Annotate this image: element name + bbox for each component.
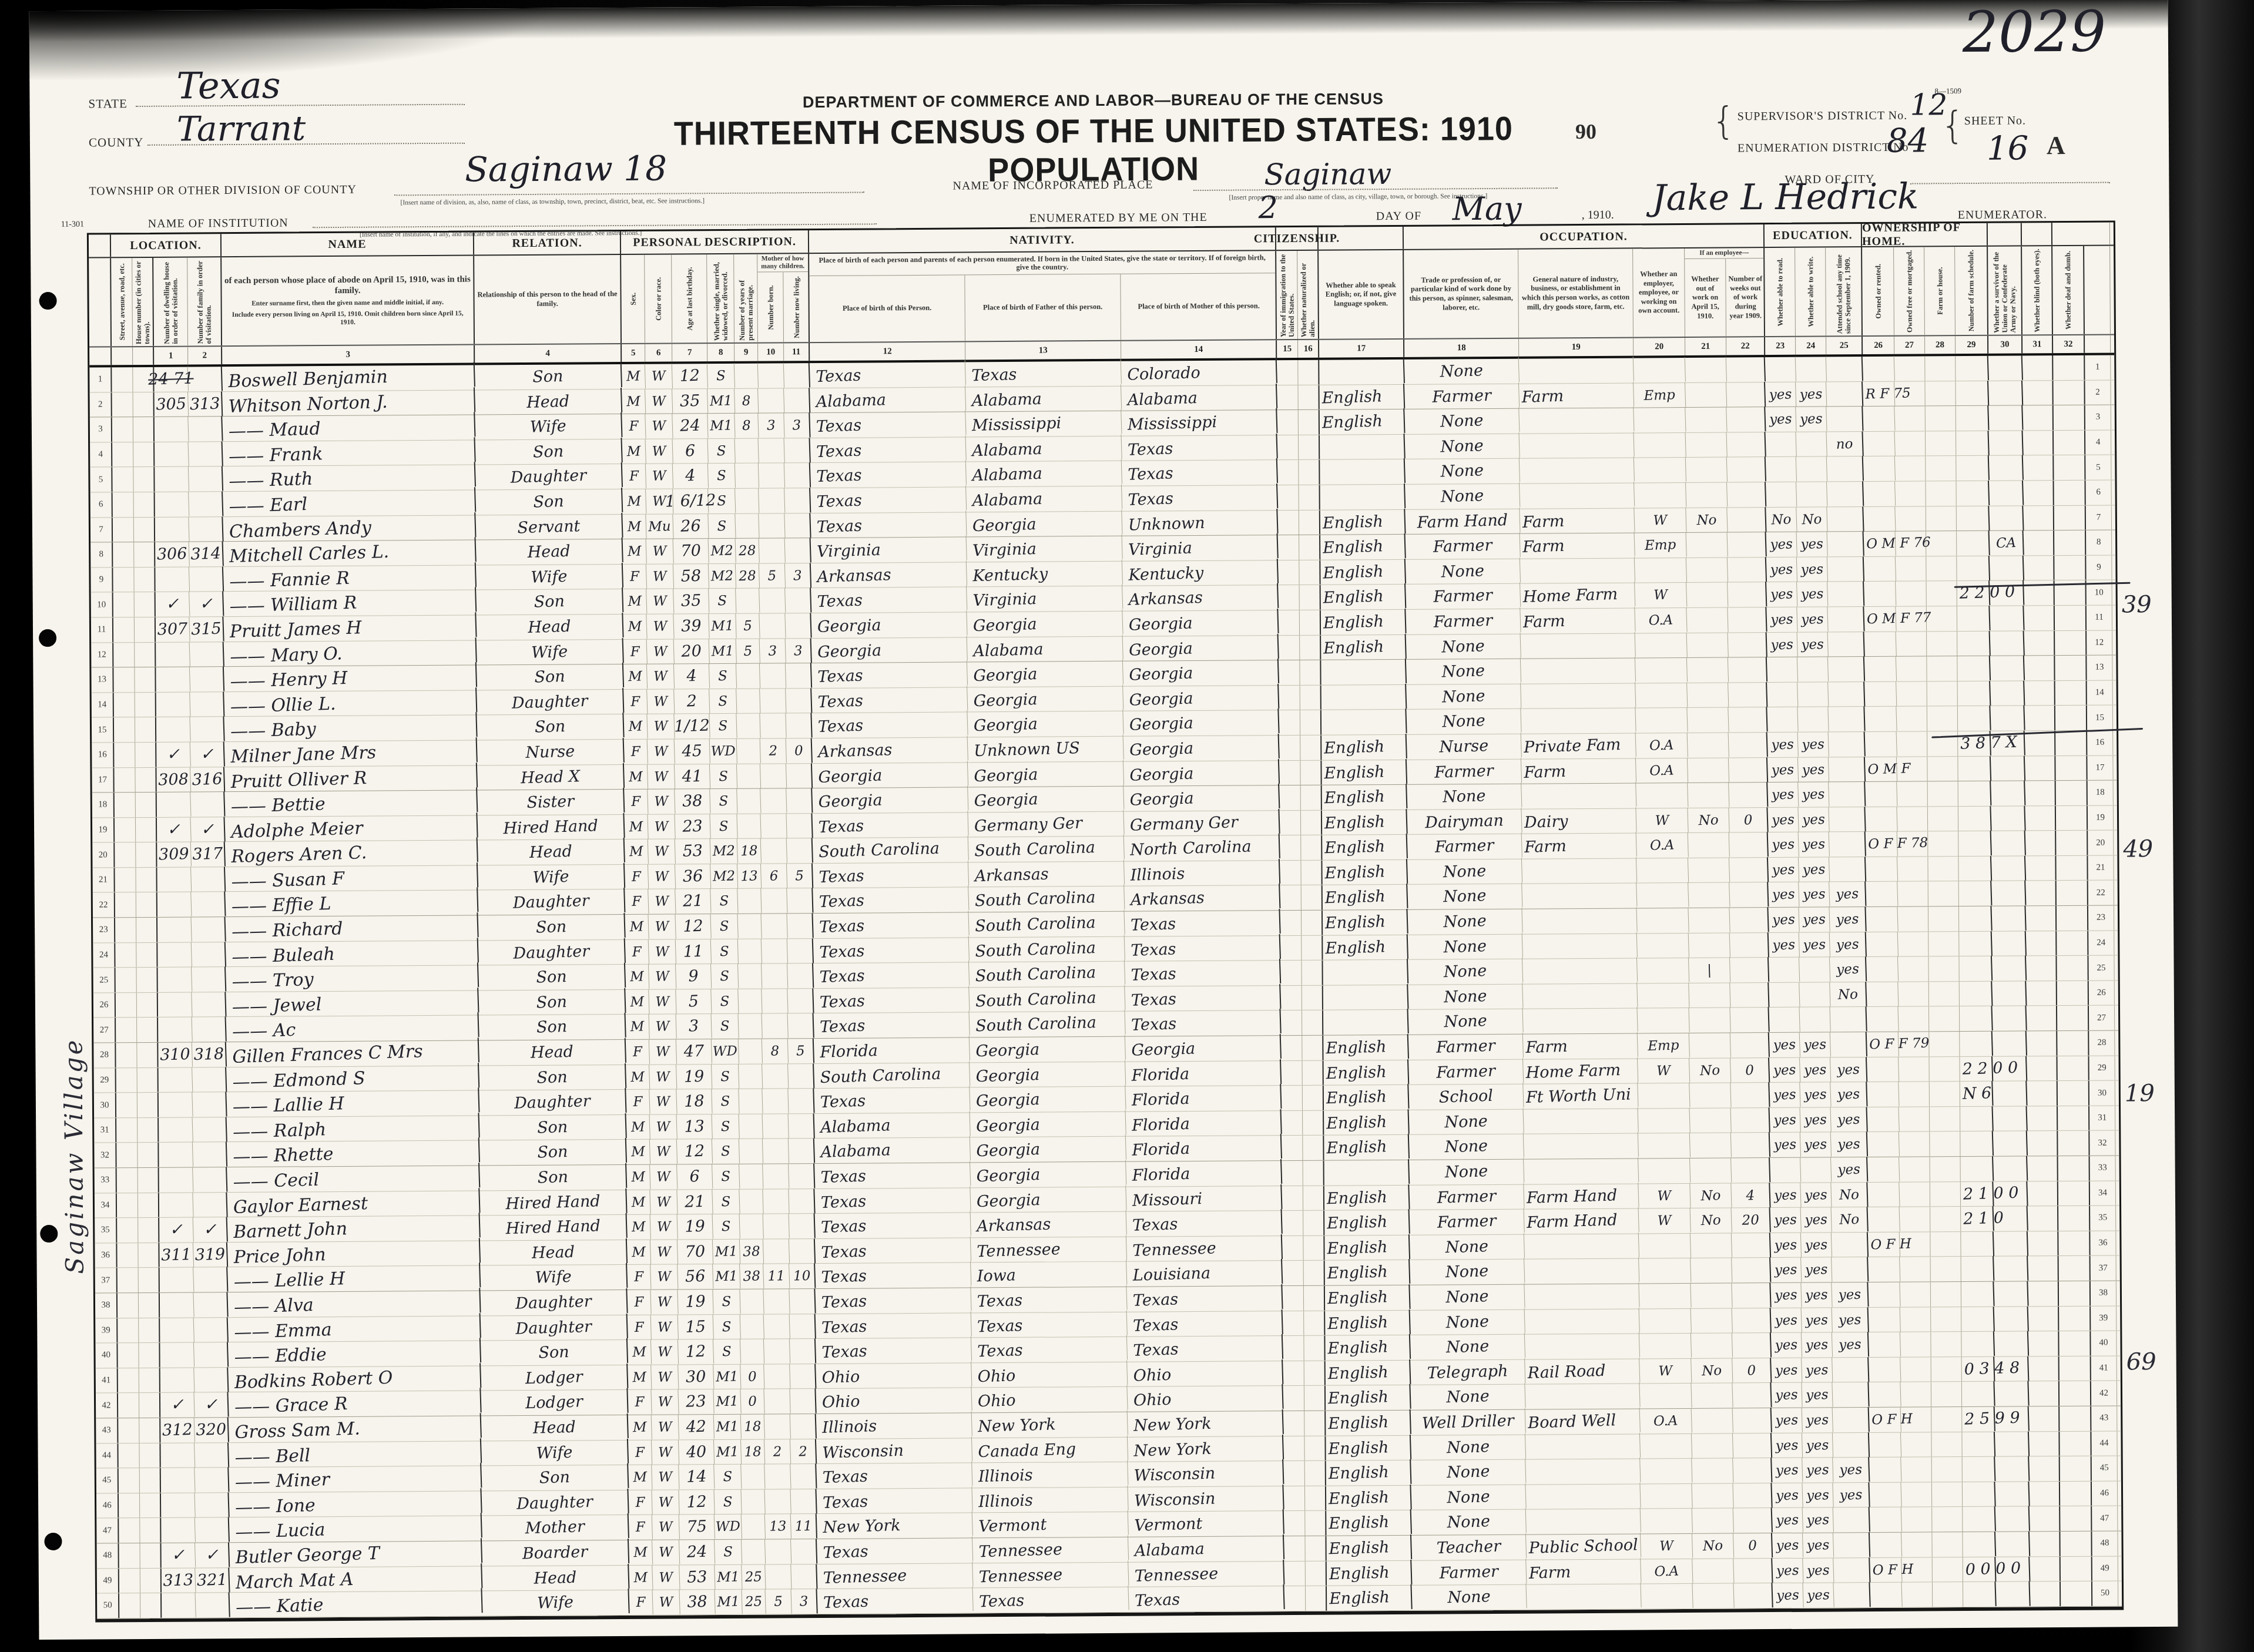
cell-ec bbox=[1635, 558, 1687, 583]
cell-cl: 11 bbox=[791, 1514, 817, 1539]
cell-fmg bbox=[1900, 1207, 1930, 1232]
cell-b3: Ohio bbox=[1127, 1384, 1283, 1413]
cell-fm bbox=[190, 717, 224, 742]
cell-ind: Rail Road bbox=[1525, 1358, 1640, 1386]
cell-st2 bbox=[119, 1493, 140, 1518]
cell-wr: yes bbox=[1797, 607, 1828, 632]
cell-cr: W bbox=[646, 564, 674, 589]
cell-oc: None bbox=[1408, 983, 1523, 1011]
cell-ow bbox=[1692, 1458, 1733, 1484]
cell-ec bbox=[1635, 707, 1688, 733]
cell-b3: Florida bbox=[1126, 1159, 1282, 1188]
cell-cr: W bbox=[649, 1065, 677, 1090]
cell-oc: None bbox=[1407, 908, 1522, 936]
cell-ec bbox=[1636, 908, 1689, 934]
cell-b1: Florida bbox=[814, 1036, 970, 1065]
cell-b3: Texas bbox=[1125, 1009, 1282, 1038]
cell-ind bbox=[1521, 782, 1636, 810]
cell-fsn: 2 1 0 bbox=[1961, 1206, 1994, 1231]
cell-own bbox=[1869, 1482, 1901, 1507]
cell-ec: W bbox=[1641, 1533, 1693, 1559]
cell-rln: 36 bbox=[2090, 1231, 2116, 1255]
cell-sc bbox=[1828, 632, 1865, 657]
cell-sv bbox=[1991, 881, 2026, 906]
enumerated-day: 2 bbox=[1258, 190, 1277, 226]
cell-sv bbox=[1988, 405, 2023, 431]
cell-ln: 50 bbox=[97, 1593, 119, 1618]
cell-wr: yes bbox=[1802, 1307, 1833, 1332]
cell-na bbox=[1303, 1060, 1324, 1085]
cell-df bbox=[2056, 856, 2088, 881]
cell-rln: 25 bbox=[2088, 956, 2114, 981]
cell-rl: Hired Hand bbox=[480, 1213, 628, 1242]
cell-fm bbox=[193, 1117, 227, 1142]
cell-b1: Arkansas bbox=[812, 736, 968, 765]
cell-ec bbox=[1638, 1008, 1690, 1033]
cell-fsn bbox=[1957, 681, 1991, 706]
cell-ow bbox=[1686, 432, 1728, 458]
cell-fh bbox=[1929, 982, 1960, 1006]
cell-ind bbox=[1525, 1433, 1641, 1461]
cell-ln: 36 bbox=[95, 1243, 117, 1268]
cell-ind bbox=[1525, 1382, 1640, 1411]
cell-na bbox=[1300, 610, 1321, 635]
cell-cb bbox=[761, 888, 787, 914]
cell-fsn bbox=[1959, 931, 1993, 956]
cell-rd: yes bbox=[1772, 1583, 1803, 1608]
cell-en: English bbox=[1326, 1409, 1411, 1436]
cell-own: O M F 76 bbox=[1864, 531, 1896, 556]
cell-en bbox=[1323, 959, 1408, 986]
cell-oc: None bbox=[1412, 1583, 1527, 1611]
cell-ln: 26 bbox=[93, 993, 116, 1018]
cell-fm: ✓ bbox=[190, 741, 225, 767]
group-CITIZENSHIP.: CITIZENSHIP. bbox=[1276, 227, 1319, 250]
cell-bl bbox=[2024, 481, 2054, 505]
cell-dw bbox=[158, 1092, 193, 1117]
cell-rl: Wife bbox=[475, 412, 622, 441]
cell-fmg bbox=[1899, 982, 1929, 1006]
cell-cr: W bbox=[650, 1240, 678, 1265]
cell-fm bbox=[190, 667, 224, 692]
cell-na bbox=[1299, 485, 1320, 510]
cell-ind bbox=[1522, 957, 1638, 985]
cell-st2 bbox=[118, 1368, 139, 1393]
cell-rl: Head bbox=[482, 1563, 629, 1592]
cell-b3: Illinois bbox=[1124, 859, 1280, 888]
cell-ln: 29 bbox=[94, 1068, 116, 1093]
cell-ms: S bbox=[708, 488, 736, 513]
cell-sc: yes bbox=[1831, 1107, 1868, 1132]
group-EDUCATION.: EDUCATION. bbox=[1765, 224, 1862, 247]
cell-oc: None bbox=[1411, 1433, 1526, 1462]
cell-cl bbox=[789, 1139, 815, 1164]
cell-dw bbox=[155, 567, 190, 592]
group-OCCUPATION.: OCCUPATION. bbox=[1404, 224, 1765, 249]
cell-ln: 9 bbox=[90, 568, 113, 592]
cell-ln bbox=[89, 258, 112, 346]
cell-im bbox=[1281, 1036, 1302, 1060]
cell-rln: 39 bbox=[2091, 1306, 2117, 1331]
cell-sc: yes bbox=[1830, 1057, 1867, 1082]
cell-ag: 45 bbox=[675, 738, 710, 764]
cell-im bbox=[1280, 911, 1302, 935]
cell-oc: None bbox=[1411, 1483, 1526, 1512]
cell-oc: None bbox=[1406, 633, 1521, 661]
cell-ind bbox=[1520, 557, 1635, 585]
cell-st2 bbox=[113, 542, 134, 567]
cell-ind: Farm bbox=[1523, 1032, 1638, 1060]
cell-ind bbox=[1519, 357, 1634, 385]
cell-cr: W bbox=[652, 1465, 679, 1490]
cell-ag: 15 bbox=[678, 1314, 714, 1339]
cell-sv bbox=[1994, 1281, 2028, 1307]
cell-dw bbox=[159, 1167, 193, 1193]
cell-rd bbox=[1767, 657, 1798, 682]
cell-sx: M bbox=[628, 1465, 652, 1490]
census-table: LOCATION.NAMERELATION.PERSONAL DESCRIPTI… bbox=[87, 220, 2124, 1622]
cell-ag: 40 bbox=[679, 1439, 715, 1465]
cell-rd bbox=[1769, 982, 1800, 1008]
cell-ind bbox=[1520, 482, 1635, 510]
cell-df bbox=[2054, 530, 2086, 555]
cell-own: O F F 78 bbox=[1866, 831, 1898, 857]
cell-rln: 16 bbox=[2087, 730, 2113, 755]
cell-df bbox=[2055, 706, 2087, 730]
cell-sv bbox=[1995, 1406, 2030, 1432]
cell-dw bbox=[161, 1517, 196, 1543]
cell-ec: W bbox=[1639, 1358, 1692, 1384]
cell-rd: yes bbox=[1771, 1332, 1802, 1358]
cell-own: Owned or rented. bbox=[1862, 247, 1894, 335]
cell-b3: Georgia bbox=[1123, 734, 1280, 763]
cell-ag: 6 bbox=[673, 438, 709, 464]
cell-ln: 27 bbox=[93, 1018, 116, 1043]
cell-ec bbox=[1639, 1383, 1692, 1409]
cell-b2: Alabama bbox=[965, 384, 1122, 414]
cell-ms: S bbox=[712, 1114, 740, 1139]
cell-ym bbox=[739, 1089, 763, 1114]
cell-sx: F bbox=[626, 1039, 650, 1065]
cell-ow bbox=[1687, 632, 1729, 658]
cell-cl bbox=[784, 488, 811, 513]
enumerated-month: May bbox=[1452, 190, 1521, 228]
cell-ln: 23 bbox=[93, 918, 115, 942]
cell-na bbox=[1305, 1461, 1326, 1486]
cell-ec: W bbox=[1635, 582, 1687, 608]
cell-b3: Texas bbox=[1122, 458, 1278, 488]
cell-rln: 9 bbox=[2086, 555, 2112, 580]
cell-wo bbox=[1733, 1583, 1773, 1609]
cell-fm: Number of family in order of visitation. bbox=[187, 257, 222, 345]
cell-sx: M bbox=[623, 714, 648, 740]
cell-df bbox=[2058, 1131, 2089, 1156]
cell-cl bbox=[787, 838, 813, 864]
cell-own: O F H bbox=[1869, 1407, 1901, 1432]
cell-sv bbox=[1994, 1331, 2029, 1356]
cell-st2 bbox=[116, 1018, 137, 1042]
cell-rln bbox=[2084, 246, 2111, 334]
cell-im bbox=[1282, 1186, 1303, 1211]
cell-b2: Arkansas bbox=[971, 1210, 1127, 1240]
cell-fmg bbox=[1900, 1182, 1930, 1207]
cell-rl: Head bbox=[480, 1238, 628, 1267]
cell-sc: yes bbox=[1830, 1082, 1867, 1107]
cell-ym bbox=[735, 513, 759, 539]
cell-rd: yes bbox=[1765, 382, 1796, 407]
cell-df bbox=[2059, 1256, 2091, 1281]
cell-ag: 53 bbox=[675, 839, 711, 864]
cell-fmg bbox=[1900, 1307, 1931, 1332]
cell-ow bbox=[1685, 407, 1727, 433]
cell-ln: 42 bbox=[96, 1394, 118, 1418]
cell-sv bbox=[1995, 1556, 2030, 1582]
cell-own bbox=[1863, 506, 1896, 532]
cell-ym bbox=[740, 1289, 764, 1314]
cell-oc: None bbox=[1410, 1333, 1525, 1361]
cell-fm: 2 bbox=[188, 347, 222, 364]
cell-own bbox=[1867, 1157, 1900, 1182]
cell-ln: 12 bbox=[91, 643, 113, 667]
cell-rln: 23 bbox=[2088, 906, 2114, 931]
cell-own bbox=[1866, 857, 1898, 882]
cell-rd bbox=[1765, 357, 1796, 382]
cell-wr: yes bbox=[1799, 832, 1830, 857]
cell-rl: Sister bbox=[477, 788, 625, 817]
cell-sc bbox=[1828, 681, 1865, 707]
cell-ym bbox=[736, 689, 760, 714]
cell-ym: Number of years of present marriage. bbox=[734, 254, 758, 343]
cell-fmg bbox=[1896, 582, 1927, 606]
cell-b2: Texas bbox=[971, 1285, 1127, 1315]
cell-st2: Street, avenue, road, etc. bbox=[111, 258, 133, 346]
cell-oc: None bbox=[1408, 1008, 1524, 1036]
cell-rln: 29 bbox=[2089, 1056, 2115, 1080]
cell-ms: S bbox=[715, 1539, 742, 1564]
combo-subs: Place of birth of this Person.Place of b… bbox=[809, 273, 1276, 342]
cell-en: English bbox=[1321, 734, 1407, 761]
cell-wr: yes bbox=[1800, 1082, 1831, 1107]
cell-oc: None bbox=[1409, 1108, 1524, 1136]
cell-st2 bbox=[115, 868, 136, 892]
cell-b3: Virginia bbox=[1122, 533, 1279, 563]
cell-ind: 19 bbox=[1519, 338, 1634, 356]
cell-ms: S bbox=[713, 1289, 740, 1314]
cell-rln bbox=[2085, 335, 2111, 353]
cell-ow: No bbox=[1690, 1208, 1732, 1234]
cell-rd: 23 bbox=[1765, 337, 1796, 355]
cell-cr: W bbox=[652, 1540, 680, 1565]
cell-rd: yes bbox=[1768, 882, 1799, 908]
cell-en: English bbox=[1326, 1535, 1412, 1562]
cell-na bbox=[1301, 810, 1322, 835]
cell-ms: M2 bbox=[710, 839, 738, 864]
cell-rl: Servant bbox=[475, 513, 623, 542]
table-column-labels: Street, avenue, road, etc.House number (… bbox=[89, 246, 2114, 346]
cell-cb bbox=[763, 1114, 789, 1139]
cell-wr: yes bbox=[1800, 1182, 1832, 1207]
cell-sx: F bbox=[626, 1089, 650, 1114]
cell-im bbox=[1280, 835, 1301, 860]
cell-hn bbox=[134, 517, 155, 542]
cell-b1: Georgia bbox=[812, 785, 968, 815]
cell-df bbox=[2057, 981, 2089, 1006]
cell-en: English bbox=[1326, 1509, 1412, 1536]
cell-ind: Ft Worth Uni bbox=[1523, 1082, 1638, 1110]
cell-wo bbox=[1728, 582, 1767, 608]
cell-ln: 35 bbox=[95, 1218, 117, 1243]
cell-cb bbox=[764, 1389, 790, 1414]
cell-fmg bbox=[1897, 782, 1928, 807]
cell-fm bbox=[194, 1342, 229, 1368]
cell-fh bbox=[1931, 1257, 1961, 1281]
cell-bl: Whether blind (both eyes). bbox=[2022, 246, 2053, 334]
cell-cb bbox=[759, 463, 785, 488]
cell-own bbox=[1866, 982, 1899, 1007]
cell-en: English bbox=[1319, 384, 1405, 411]
cell-b3: Wisconsin bbox=[1128, 1459, 1284, 1489]
cell-ec: O.A bbox=[1636, 757, 1688, 783]
cell-df bbox=[2056, 781, 2088, 805]
cell-fmg bbox=[1896, 481, 1926, 506]
cell-cr: 6 bbox=[645, 344, 672, 361]
cell-ow bbox=[1687, 657, 1729, 683]
cell-fh bbox=[1930, 1107, 1960, 1131]
cell-bl bbox=[2029, 1381, 2060, 1406]
cell-fmg bbox=[1901, 1532, 1932, 1557]
cell-fsn bbox=[1957, 606, 1990, 631]
cell-fsn bbox=[1961, 1381, 1995, 1406]
cell-sv bbox=[1990, 580, 2024, 606]
cell-ag: 19 bbox=[677, 1214, 713, 1240]
cell-ym: 28 bbox=[736, 538, 760, 563]
col-label-sx: Sex. bbox=[629, 291, 637, 307]
cell-ag: 12 bbox=[672, 363, 708, 388]
cell-ind: Dairy bbox=[1521, 807, 1636, 835]
group-RELATION.: RELATION. bbox=[474, 231, 621, 255]
cell-im bbox=[1279, 686, 1300, 710]
cell-b1: Alabama bbox=[814, 1111, 971, 1140]
cell-b3: Texas bbox=[1125, 984, 1281, 1013]
cell-wo bbox=[1729, 832, 1769, 858]
cell-cb bbox=[760, 688, 786, 713]
cell-b3: Georgia bbox=[1123, 684, 1279, 713]
cell-ag: 4 bbox=[673, 464, 709, 489]
cell-ind bbox=[1524, 1257, 1639, 1285]
cell-fsn: 2 5 9 9 bbox=[1962, 1406, 1995, 1432]
cell-fh bbox=[1925, 356, 1956, 381]
cell-rd: yes bbox=[1767, 632, 1798, 657]
cell-rl: Son bbox=[475, 488, 623, 516]
cell-hn bbox=[137, 1018, 158, 1042]
cell-sv bbox=[1995, 1481, 2030, 1506]
cell-ec bbox=[1635, 632, 1688, 658]
cell-en: English bbox=[1325, 1309, 1411, 1337]
cell-wr: yes bbox=[1800, 1107, 1832, 1133]
cell-oc: Farmer bbox=[1408, 1033, 1524, 1061]
cell-st2 bbox=[113, 667, 135, 692]
cell-ag: 7 bbox=[672, 344, 707, 361]
cell-ms: S bbox=[712, 1089, 739, 1114]
cell-ind bbox=[1521, 707, 1636, 735]
cell-wo: 4 bbox=[1731, 1183, 1770, 1208]
cell-st2 bbox=[118, 1343, 139, 1368]
cell-b2: Iowa bbox=[971, 1260, 1127, 1290]
cell-sc bbox=[1826, 356, 1863, 381]
cell-own bbox=[1869, 1457, 1901, 1482]
cell-wo bbox=[1732, 1308, 1772, 1334]
cell-b1: Georgia bbox=[811, 636, 968, 665]
cell-cb bbox=[763, 1214, 790, 1239]
cell-b3: Texas bbox=[1127, 1334, 1283, 1364]
cell-ow: No bbox=[1690, 1183, 1732, 1208]
cell-na bbox=[1300, 685, 1321, 710]
cell-b2: South Carolina bbox=[969, 935, 1125, 964]
cell-fh bbox=[1928, 807, 1958, 831]
cell-na bbox=[1299, 535, 1320, 560]
cell-bl bbox=[2028, 1256, 2059, 1281]
cell-bl bbox=[2028, 1231, 2058, 1256]
cell-b1: Texas bbox=[811, 586, 967, 615]
cell-fm bbox=[192, 992, 226, 1017]
cell-ym bbox=[737, 914, 762, 939]
cell-wr: yes bbox=[1802, 1483, 1833, 1508]
cell-b3: Tennessee bbox=[1128, 1559, 1284, 1589]
cell-sv bbox=[1994, 1206, 2028, 1231]
cell-cl bbox=[787, 938, 814, 963]
cell-fm bbox=[193, 1167, 227, 1192]
col-label-ym: Number of years of present marriage. bbox=[737, 254, 754, 343]
cell-ind: Farm Hand bbox=[1524, 1183, 1639, 1211]
cell-ag: 14 bbox=[679, 1464, 715, 1489]
cell-b2: South Carolina bbox=[969, 910, 1125, 939]
cell-dw: 308 bbox=[156, 767, 191, 792]
cell-ec bbox=[1635, 683, 1688, 709]
cell-hn bbox=[135, 767, 156, 792]
cell-ms: M1 bbox=[715, 1589, 743, 1614]
cell-sc bbox=[1829, 731, 1866, 757]
cell-own bbox=[1866, 956, 1899, 982]
cell-ym bbox=[735, 438, 759, 464]
cell-cl: 5 bbox=[787, 863, 813, 888]
cell-cb: 13 bbox=[765, 1514, 791, 1539]
cell-ms: M1 bbox=[709, 613, 736, 639]
cell-b1: Texas bbox=[813, 886, 969, 915]
cell-im bbox=[1279, 660, 1300, 685]
cell-fsn: 2 2 0 0 bbox=[1957, 580, 1990, 606]
cell-b3: Georgia bbox=[1123, 784, 1280, 813]
cell-ec bbox=[1638, 1133, 1690, 1159]
cell-df bbox=[2060, 1481, 2092, 1506]
cell-dw: 311 bbox=[159, 1243, 194, 1268]
cell-wo bbox=[1730, 958, 1769, 983]
cell-im bbox=[1283, 1386, 1304, 1411]
cell-b1: Texas bbox=[810, 485, 967, 515]
cell-wo: 22 bbox=[1726, 337, 1765, 355]
cell-fm: 321 bbox=[195, 1567, 230, 1593]
cell-im bbox=[1282, 1086, 1303, 1110]
cell-sv bbox=[1990, 606, 2024, 631]
cell-cr: W bbox=[650, 1189, 677, 1214]
cell-dw bbox=[154, 417, 189, 442]
cell-fh bbox=[1926, 506, 1957, 531]
sheet-label: SHEET No. bbox=[1964, 114, 2026, 128]
cell-ym bbox=[737, 764, 761, 789]
cell-rl: Daughter bbox=[479, 1088, 626, 1117]
cell-own bbox=[1863, 456, 1896, 481]
cell-ym bbox=[739, 1139, 763, 1164]
cell-sc: yes bbox=[1831, 1157, 1868, 1182]
